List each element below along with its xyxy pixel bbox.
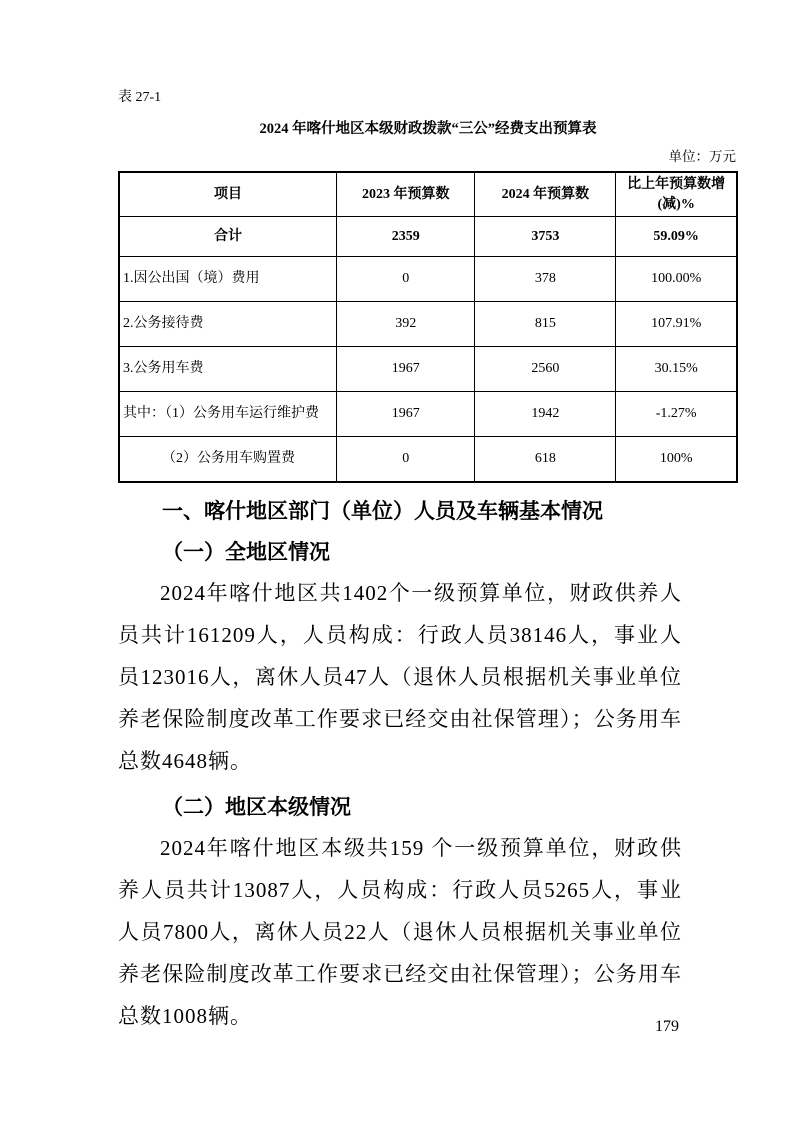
budget-table: 项目 2023 年预算数 2024 年预算数 比上年预算数增 (减)% 合计 2… [118,171,738,483]
cell-2024: 1942 [475,392,616,437]
cell-2024: 618 [475,437,616,482]
cell-change: 30.15% [616,347,737,392]
cell-change: 107.91% [616,302,737,347]
document-page: 表 27-1 2024 年喀什地区本级财政拨款“三公”经费支出预算表 单位：万元… [0,0,793,1122]
cell-2024: 3753 [475,217,616,257]
cell-2023: 2359 [337,217,475,257]
paragraph-prefecture-level: 2024年喀什地区本级共159 个一级预算单位，财政供养人员共计13087人，人… [118,827,682,1037]
header-2023: 2023 年预算数 [337,172,475,217]
cell-item: 1.因公出国（境）费用 [119,257,337,302]
subsection-heading-1: （一）全地区情况 [118,537,738,567]
cell-2023: 1967 [337,392,475,437]
cell-change: 100% [616,437,737,482]
page-number: 179 [655,1016,679,1038]
table-header-row: 项目 2023 年预算数 2024 年预算数 比上年预算数增 (减)% [119,172,737,217]
cell-2024: 815 [475,302,616,347]
header-change: 比上年预算数增 (减)% [616,172,737,217]
subsection-heading-2: （二）地区本级情况 [118,792,738,822]
page-content: 表 27-1 2024 年喀什地区本级财政拨款“三公”经费支出预算表 单位：万元… [118,0,738,1037]
unit-note: 单位：万元 [118,148,738,166]
cell-2023: 1967 [337,347,475,392]
table-row: （2）公务用车购置费 0 618 100% [119,437,737,482]
cell-item: 2.公务接待费 [119,302,337,347]
cell-2023: 392 [337,302,475,347]
table-row: 合计 2359 3753 59.09% [119,217,737,257]
table-row: 2.公务接待费 392 815 107.91% [119,302,737,347]
cell-2024: 2560 [475,347,616,392]
cell-change: -1.27% [616,392,737,437]
header-2024: 2024 年预算数 [475,172,616,217]
table-label: 表 27-1 [118,88,738,107]
table-row: 其中：（1）公务用车运行维护费 1967 1942 -1.27% [119,392,737,437]
paragraph-region-overview: 2024年喀什地区共1402个一级预算单位，财政供养人员共计161209人，人员… [118,572,682,782]
section-heading: 一、喀什地区部门（单位）人员及车辆基本情况 [118,497,738,527]
cell-item: 3.公务用车费 [119,347,337,392]
cell-item: 其中：（1）公务用车运行维护费 [119,392,337,437]
cell-2024: 378 [475,257,616,302]
table-title: 2024 年喀什地区本级财政拨款“三公”经费支出预算表 [118,119,738,139]
cell-item: （2）公务用车购置费 [119,437,337,482]
cell-change: 59.09% [616,217,737,257]
cell-2023: 0 [337,437,475,482]
cell-item: 合计 [119,217,337,257]
header-item: 项目 [119,172,337,217]
table-row: 3.公务用车费 1967 2560 30.15% [119,347,737,392]
cell-change: 100.00% [616,257,737,302]
table-row: 1.因公出国（境）费用 0 378 100.00% [119,257,737,302]
cell-2023: 0 [337,257,475,302]
